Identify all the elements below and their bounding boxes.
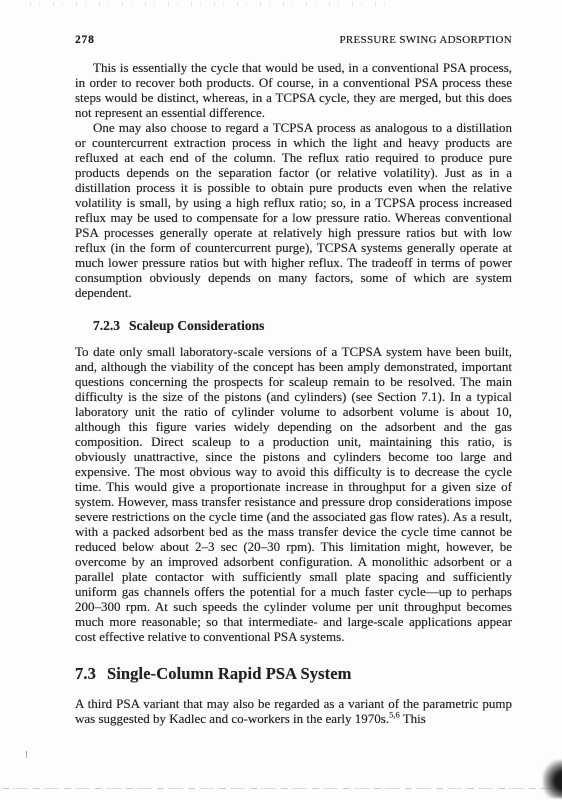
scan-artifact-bottom-line	[2, 788, 558, 789]
scan-artifact-left-tick	[26, 751, 27, 758]
paragraph-4-text: A third PSA variant that may also be reg…	[75, 696, 512, 726]
section-heading-7-3: 7.3Single-Column Rapid PSA System	[75, 666, 512, 681]
scan-artifact-top-speckles	[30, 1, 390, 6]
paragraph-2: One may also choose to regard a TCPSA pr…	[75, 120, 512, 300]
paragraph-4: A third PSA variant that may also be reg…	[75, 696, 512, 726]
text-column: This is essentially the cycle that would…	[75, 60, 512, 726]
subsection-number: 7.2.3	[93, 318, 120, 333]
paragraph-4-continuation: This	[400, 711, 426, 726]
paragraph-1: This is essentially the cycle that would…	[75, 60, 512, 120]
reference-superscript: 5,6	[389, 710, 400, 720]
subsection-title: Scaleup Considerations	[129, 318, 264, 333]
page-number: 278	[75, 34, 95, 46]
running-head: 278 PRESSURE SWING ADSORPTION	[75, 34, 512, 46]
scanned-book-page: 278 PRESSURE SWING ADSORPTION This is es…	[0, 0, 562, 800]
running-header-title: PRESSURE SWING ADSORPTION	[339, 34, 512, 46]
scan-artifact-ink-smudge	[543, 760, 562, 798]
paragraph-3: To date only small laboratory-scale vers…	[75, 344, 512, 644]
section-title: Single-Column Rapid PSA System	[107, 664, 352, 683]
section-number: 7.3	[75, 664, 96, 683]
subsection-heading-7-2-3: 7.2.3Scaleup Considerations	[75, 318, 512, 333]
